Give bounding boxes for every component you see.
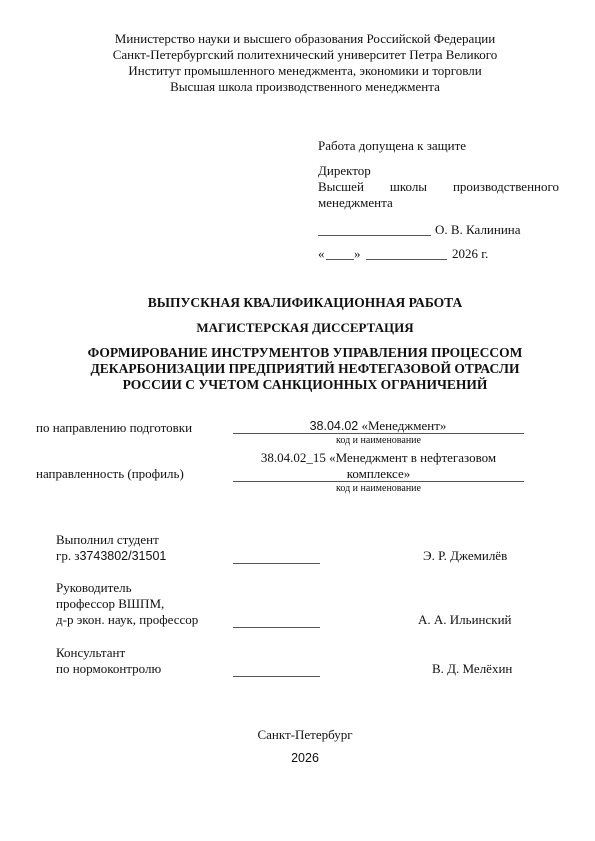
profile-label: направленность (профиль) xyxy=(36,466,184,482)
director-signature-line[interactable] xyxy=(318,235,431,236)
supervisor-role: Руководитель xyxy=(56,580,132,596)
direction-caption: код и наименование xyxy=(233,435,524,446)
director-name: О. В. Калинина xyxy=(435,222,521,238)
consultant-name: В. Д. Мелёхин xyxy=(432,661,512,677)
direction-underline xyxy=(233,433,524,434)
student-role: Выполнил студент xyxy=(56,532,159,548)
direction-value: 38.04.02 «Менеджмент» xyxy=(233,418,523,434)
date-open-quote: « xyxy=(318,246,325,262)
department-line-2: менеджмента xyxy=(318,195,559,211)
supervisor-degree: д-р экон. наук, профессор xyxy=(56,612,198,628)
direction-name: «Менеджмент» xyxy=(358,418,446,433)
student-group-text: гр. з3743802/31501 xyxy=(56,548,166,563)
profile-value-line-2: комплексе» xyxy=(233,466,524,482)
profile-underline xyxy=(233,481,524,482)
supervisor-position: профессор ВШПМ, xyxy=(56,596,164,612)
department-line-1: Высшей школы производственного xyxy=(318,179,559,195)
date-day-blank[interactable] xyxy=(326,259,354,260)
consultant-area: по нормоконтролю xyxy=(56,661,161,677)
supervisor-signature-line[interactable] xyxy=(233,627,320,628)
profile-caption: код и наименование xyxy=(233,483,524,494)
consultant-role: Консультант xyxy=(56,645,125,661)
admitted-text: Работа допущена к защите xyxy=(318,138,559,154)
topic-line-2: ДЕКАРБОНИЗАЦИИ ПРЕДПРИЯТИЙ НЕФТЕГАЗОВОЙ … xyxy=(0,361,595,377)
direction-label: по направлению подготовки xyxy=(36,420,192,436)
date-year: 2026 г. xyxy=(452,246,488,262)
direction-code: 38.04.02 xyxy=(310,419,359,433)
date-month-blank[interactable] xyxy=(366,259,447,260)
date-close-quote: » xyxy=(354,246,361,262)
student-name: Э. Р. Джемилёв xyxy=(423,548,507,564)
header-line-school: Высшая школа производственного менеджмен… xyxy=(0,79,595,95)
student-group: гр. з3743802/31501 xyxy=(56,548,166,564)
header-line-university: Санкт-Петербургский политехнический унив… xyxy=(0,47,595,63)
footer-city: Санкт-Петербург xyxy=(0,727,595,743)
footer-year: 2026 xyxy=(0,751,595,765)
director-title: Директор xyxy=(318,163,559,179)
header-line-institute: Институт промышленного менеджмента, экон… xyxy=(0,63,595,79)
work-subtype-heading: МАГИСТЕРСКАЯ ДИССЕРТАЦИЯ xyxy=(0,320,595,336)
work-type-heading: ВЫПУСКНАЯ КВАЛИФИКАЦИОННАЯ РАБОТА xyxy=(0,295,595,311)
topic-line-1: ФОРМИРОВАНИЕ ИНСТРУМЕНТОВ УПРАВЛЕНИЯ ПРО… xyxy=(0,345,595,361)
header-line-ministry: Министерство науки и высшего образования… xyxy=(0,31,595,47)
student-signature-line[interactable] xyxy=(233,563,320,564)
supervisor-name: А. А. Ильинский xyxy=(418,612,512,628)
consultant-signature-line[interactable] xyxy=(233,676,320,677)
profile-value-line-1: 38.04.02_15 «Менеджмент в нефтегазовом xyxy=(233,450,524,466)
topic-line-3: РОССИИ С УЧЕТОМ САНКЦИОННЫХ ОГРАНИЧЕНИЙ xyxy=(0,377,595,393)
